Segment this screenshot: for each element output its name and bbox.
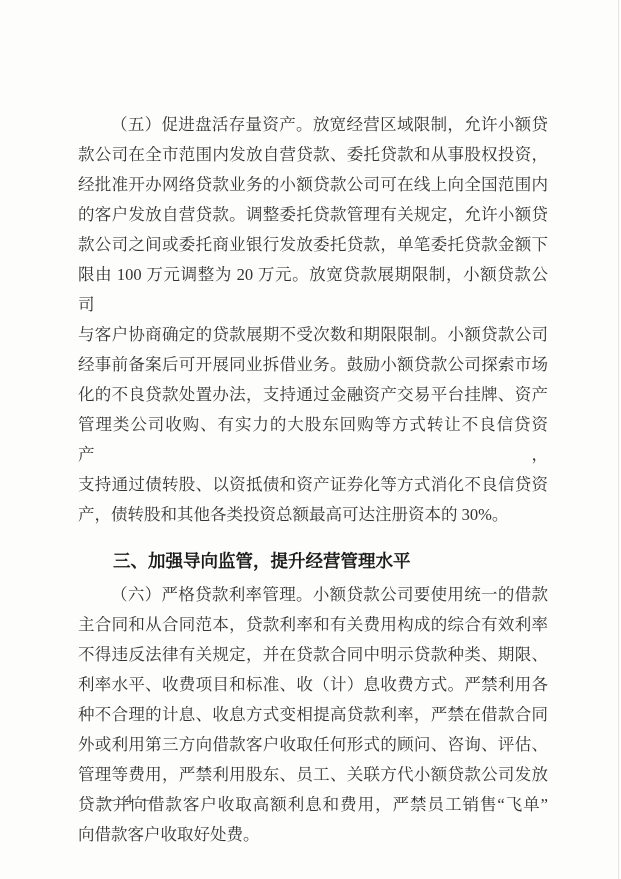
scan-edge-artifact <box>618 0 619 879</box>
text-line: （六）严格贷款利率管理。小额贷款公司要使用统一的借款 <box>78 580 548 610</box>
heading-3-strengthen-guidance-supervision: 三、加强导向监管，提升经营管理水平 <box>78 546 548 576</box>
text-line: 管理等费用，严禁利用股东、员工、关联方代小额贷款公司发放 <box>78 760 548 790</box>
text-line: 经批准开办网络贷款业务的小额贷款公司可在线上向全国范围内 <box>78 170 548 200</box>
text-line: 不得违反法律有关规定，并在贷款合同中明示贷款种类、期限、 <box>78 640 548 670</box>
text-line: 限由 100 万元调整为 20 万元。放宽贷款展期限制，小额贷款公司 <box>78 260 548 320</box>
text-line: 管理类公司收购、有实力的大股东回购等方式转让不良信贷资产， <box>78 410 548 470</box>
text-line: 款公司之间或委托商业银行发放委托贷款，单笔委托贷款金额下 <box>78 230 548 260</box>
text-line: 产，债转股和其他各类投资总额最高可达注册资本的 30%。 <box>78 500 548 530</box>
text-line: 款公司在全市范围内发放自营贷款、委托贷款和从事股权投资， <box>78 140 548 170</box>
document-body: （五）促进盘活存量资产。放宽经营区域限制，允许小额贷款公司在全市范围内发放自营贷… <box>78 110 548 850</box>
text-line: 主合同和从合同范本，贷款利率和有关费用构成的综合有效利率 <box>78 610 548 640</box>
text-line: 向借款客户收取好处费。 <box>78 820 548 850</box>
text-line: （五）促进盘活存量资产。放宽经营区域限制，允许小额贷 <box>78 110 548 140</box>
text-line: 的客户发放自营贷款。调整委托贷款管理有关规定，允许小额贷 <box>78 200 548 230</box>
text-line: 与客户协商确定的贷款展期不受次数和期限限制。小额贷款公司 <box>78 320 548 350</box>
text-line: 经事前备案后可开展同业拆借业务。鼓励小额贷款公司探索市场 <box>78 350 548 380</box>
text-line: 外或利用第三方向借款客户收取任何形式的顾问、咨询、评估、 <box>78 730 548 760</box>
heading-line: 三、加强导向监管，提升经营管理水平 <box>78 546 548 576</box>
text-line: 化的不良贷款处置办法，支持通过金融资产交易平台挂牌、资产 <box>78 380 548 410</box>
text-line: 支持通过债转股、以资抵债和资产证券化等方式消化不良信贷资 <box>78 470 548 500</box>
text-line: 种不合理的计息、收息方式变相提高贷款利率，严禁在借款合同 <box>78 700 548 730</box>
text-line: 利率水平、收费项目和标准、收（计）息收费方式。严禁利用各 <box>78 670 548 700</box>
para-5-revitalize-stock-assets: （五）促进盘活存量资产。放宽经营区域限制，允许小额贷款公司在全市范围内发放自营贷… <box>78 110 548 530</box>
page-number: — 4 — <box>100 790 160 810</box>
document-page: （五）促进盘活存量资产。放宽经营区域限制，允许小额贷款公司在全市范围内发放自营贷… <box>0 0 621 879</box>
